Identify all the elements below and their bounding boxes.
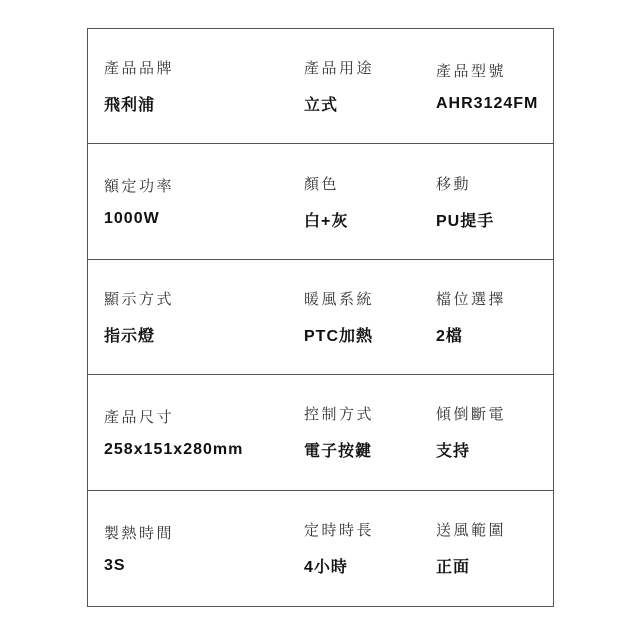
spec-value: 支持 bbox=[436, 438, 553, 461]
spec-label: 顯示方式 bbox=[104, 288, 304, 309]
spec-label: 顏色 bbox=[304, 173, 436, 194]
spec-value: 電子按鍵 bbox=[304, 438, 436, 461]
spec-label: 送風範圍 bbox=[436, 519, 553, 540]
spec-cell-gear-selection: 檔位選擇 2檔 bbox=[436, 288, 553, 346]
spec-cell-brand: 產品品牌 飛利浦 bbox=[104, 57, 304, 115]
spec-value: AHR3124FM bbox=[436, 95, 553, 113]
spec-label: 傾倒斷電 bbox=[436, 403, 553, 424]
spec-cell-mobility: 移動 PU提手 bbox=[436, 173, 553, 231]
spec-label: 製熱時間 bbox=[104, 522, 304, 543]
spec-value: 1000W bbox=[104, 210, 304, 228]
spec-row: 產品品牌 飛利浦 產品用途 立式 產品型號 AHR3124FM bbox=[88, 29, 553, 144]
spec-value: 飛利浦 bbox=[104, 92, 304, 115]
spec-label: 移動 bbox=[436, 173, 553, 194]
spec-label: 產品型號 bbox=[436, 60, 553, 81]
spec-row: 產品尺寸 258x151x280mm 控制方式 電子按鍵 傾倒斷電 支持 bbox=[88, 375, 553, 490]
spec-label: 定時時長 bbox=[304, 519, 436, 540]
spec-cell-rated-power: 額定功率 1000W bbox=[104, 175, 304, 228]
spec-label: 控制方式 bbox=[304, 403, 436, 424]
spec-cell-display-mode: 顯示方式 指示燈 bbox=[104, 288, 304, 346]
spec-value: 指示燈 bbox=[104, 323, 304, 346]
spec-value: 立式 bbox=[304, 92, 436, 115]
spec-value: PU提手 bbox=[436, 208, 553, 231]
spec-row: 製熱時間 3S 定時時長 4小時 送風範圍 正面 bbox=[88, 491, 553, 606]
spec-label: 產品尺寸 bbox=[104, 406, 304, 427]
spec-value: 2檔 bbox=[436, 323, 553, 346]
spec-label: 暖風系統 bbox=[304, 288, 436, 309]
spec-value: 3S bbox=[104, 557, 304, 575]
spec-label: 產品品牌 bbox=[104, 57, 304, 78]
spec-value: 258x151x280mm bbox=[104, 441, 304, 459]
spec-cell-timer-duration: 定時時長 4小時 bbox=[304, 519, 436, 577]
spec-cell-heating-system: 暖風系統 PTC加熱 bbox=[304, 288, 436, 346]
spec-cell-heating-time: 製熱時間 3S bbox=[104, 522, 304, 575]
spec-cell-usage: 產品用途 立式 bbox=[304, 57, 436, 115]
spec-cell-model: 產品型號 AHR3124FM bbox=[436, 60, 553, 113]
spec-cell-color: 顏色 白+灰 bbox=[304, 173, 436, 231]
spec-label: 檔位選擇 bbox=[436, 288, 553, 309]
product-spec-table: 產品品牌 飛利浦 產品用途 立式 產品型號 AHR3124FM 額定功率 100… bbox=[87, 28, 554, 607]
spec-value: PTC加熱 bbox=[304, 323, 436, 346]
spec-row: 顯示方式 指示燈 暖風系統 PTC加熱 檔位選擇 2檔 bbox=[88, 260, 553, 375]
spec-row: 額定功率 1000W 顏色 白+灰 移動 PU提手 bbox=[88, 144, 553, 259]
spec-cell-dimensions: 產品尺寸 258x151x280mm bbox=[104, 406, 304, 459]
spec-value: 正面 bbox=[436, 554, 553, 577]
spec-cell-airflow-range: 送風範圍 正面 bbox=[436, 519, 553, 577]
spec-value: 白+灰 bbox=[304, 208, 436, 231]
spec-label: 額定功率 bbox=[104, 175, 304, 196]
spec-label: 產品用途 bbox=[304, 57, 436, 78]
spec-cell-control-mode: 控制方式 電子按鍵 bbox=[304, 403, 436, 461]
spec-value: 4小時 bbox=[304, 554, 436, 577]
spec-cell-tipover-cutoff: 傾倒斷電 支持 bbox=[436, 403, 553, 461]
